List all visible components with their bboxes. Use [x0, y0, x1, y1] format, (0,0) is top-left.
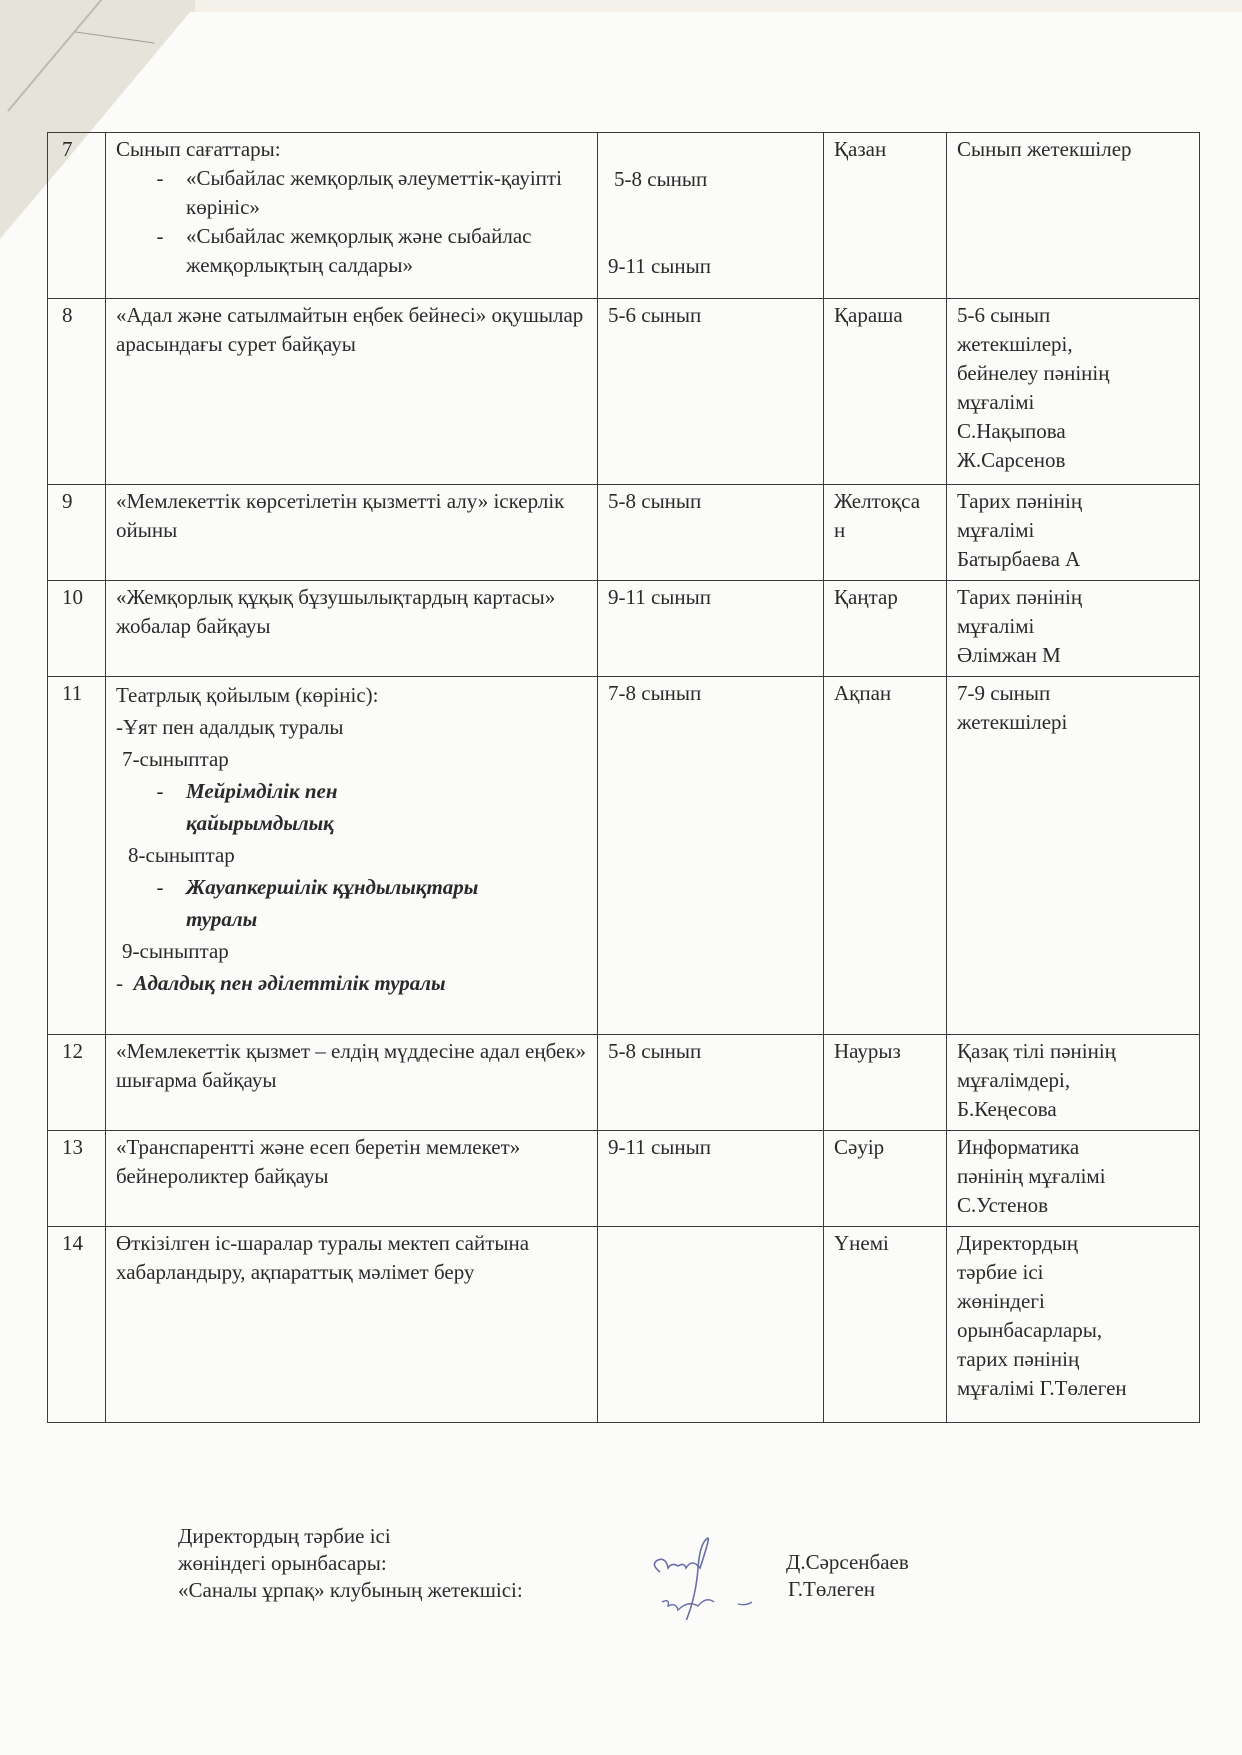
month-cell: Наурыз	[824, 1035, 947, 1131]
responsible-cell: Қазақ тілі пәнінің мұғалімдері, Б.Кеңесо…	[947, 1035, 1200, 1131]
month-cell: Желтоқса н	[824, 485, 947, 581]
event-cell: «Жемқорлық құқық бұзушылықтардың картасы…	[106, 581, 598, 677]
row-number: 8	[48, 299, 106, 485]
event-cell: «Транспарентті және есеп беретін мемлеке…	[106, 1131, 598, 1227]
table-row: 11 Театрлық қойылым (көрініс): -Ұят пен …	[48, 677, 1200, 1035]
month-cell: Қараша	[824, 299, 947, 485]
event-title: Сынып сағаттары:	[116, 135, 589, 164]
event-cell: «Мемлекеттік қызмет – елдің мүддесіне ад…	[106, 1035, 598, 1131]
responsible-cell: Тарих пәнінің мұғалімі Батырбаева А	[947, 485, 1200, 581]
class-cell: 9-11 сынып	[598, 1131, 824, 1227]
responsible-cell: Сынып жетекшілер	[947, 133, 1200, 299]
month-cell: Ақпан	[824, 677, 947, 1035]
signatory-position: жөніндегі орынбасары:	[178, 1550, 523, 1577]
row-number: 10	[48, 581, 106, 677]
class-cell: 5-8 сынып	[598, 1035, 824, 1131]
table-row: 9 «Мемлекеттік көрсетілетін қызметті алу…	[48, 485, 1200, 581]
row-number: 9	[48, 485, 106, 581]
signature-block: Директордың тәрбие ісі жөніндегі орынбас…	[178, 1523, 523, 1604]
event-cell: Сынып сағаттары: -«Сыбайлас жемқорлық әл…	[106, 133, 598, 299]
table-row: 8 «Адал және сатылмайтын еңбек бейнесі» …	[48, 299, 1200, 485]
month-cell: Сәуір	[824, 1131, 947, 1227]
row-number: 11	[48, 677, 106, 1035]
activity-plan-table: 7 Сынып сағаттары: -«Сыбайлас жемқорлық …	[47, 132, 1200, 1423]
table-row: 7 Сынып сағаттары: -«Сыбайлас жемқорлық …	[48, 133, 1200, 299]
table-row: 14 Өткізілген іс-шаралар туралы мектеп с…	[48, 1227, 1200, 1423]
responsible-cell: 5-6 сынып жетекшілері, бейнелеу пәнінің …	[947, 299, 1200, 485]
deputy-director-name: Д.Сәрсенбаев	[786, 1549, 909, 1576]
class-cell: 5-8 сынып 9-11 сынып	[598, 133, 824, 299]
class-cell	[598, 1227, 824, 1423]
class-cell: 7-8 сынып	[598, 677, 824, 1035]
event-cell: «Адал және сатылмайтын еңбек бейнесі» оқ…	[106, 299, 598, 485]
row-number: 12	[48, 1035, 106, 1131]
month-cell: Қаңтар	[824, 581, 947, 677]
event-cell: Театрлық қойылым (көрініс): -Ұят пен ада…	[106, 677, 598, 1035]
club-leader-position: «Саналы ұрпақ» клубының жетекшісі:	[178, 1577, 523, 1604]
responsible-cell: 7-9 сынып жетекшілері	[947, 677, 1200, 1035]
month-cell: Үнемі	[824, 1227, 947, 1423]
class-cell: 5-8 сынып	[598, 485, 824, 581]
table-row: 10 «Жемқорлық құқық бұзушылықтардың карт…	[48, 581, 1200, 677]
row-number: 13	[48, 1131, 106, 1227]
responsible-cell: Информатика пәнінің мұғалімі С.Устенов	[947, 1131, 1200, 1227]
row-number: 7	[48, 133, 106, 299]
row-number: 14	[48, 1227, 106, 1423]
event-item: -«Сыбайлас жемқорлық және сыбайлас жемқо…	[116, 222, 589, 280]
event-cell: «Мемлекеттік көрсетілетін қызметті алу» …	[106, 485, 598, 581]
signatory-position: Директордың тәрбие ісі	[178, 1523, 523, 1550]
table-row: 13 «Транспарентті және есеп беретін мемл…	[48, 1131, 1200, 1227]
signatory-names: Д.Сәрсенбаев Г.Төлеген	[786, 1549, 909, 1603]
table-row: 12 «Мемлекеттік қызмет – елдің мүддесіне…	[48, 1035, 1200, 1131]
handwritten-signatures	[640, 1520, 790, 1620]
responsible-cell: Тарих пәнінің мұғалімі Әлімжан М	[947, 581, 1200, 677]
event-cell: Өткізілген іс-шаралар туралы мектеп сайт…	[106, 1227, 598, 1423]
responsible-cell: Директордың тәрбие ісі жөніндегі орынбас…	[947, 1227, 1200, 1423]
event-item: -«Сыбайлас жемқорлық әлеуметтік-қауіпті …	[116, 164, 589, 222]
class-cell: 5-6 сынып	[598, 299, 824, 485]
club-leader-name: Г.Төлеген	[786, 1576, 909, 1603]
month-cell: Қазан	[824, 133, 947, 299]
class-cell: 9-11 сынып	[598, 581, 824, 677]
